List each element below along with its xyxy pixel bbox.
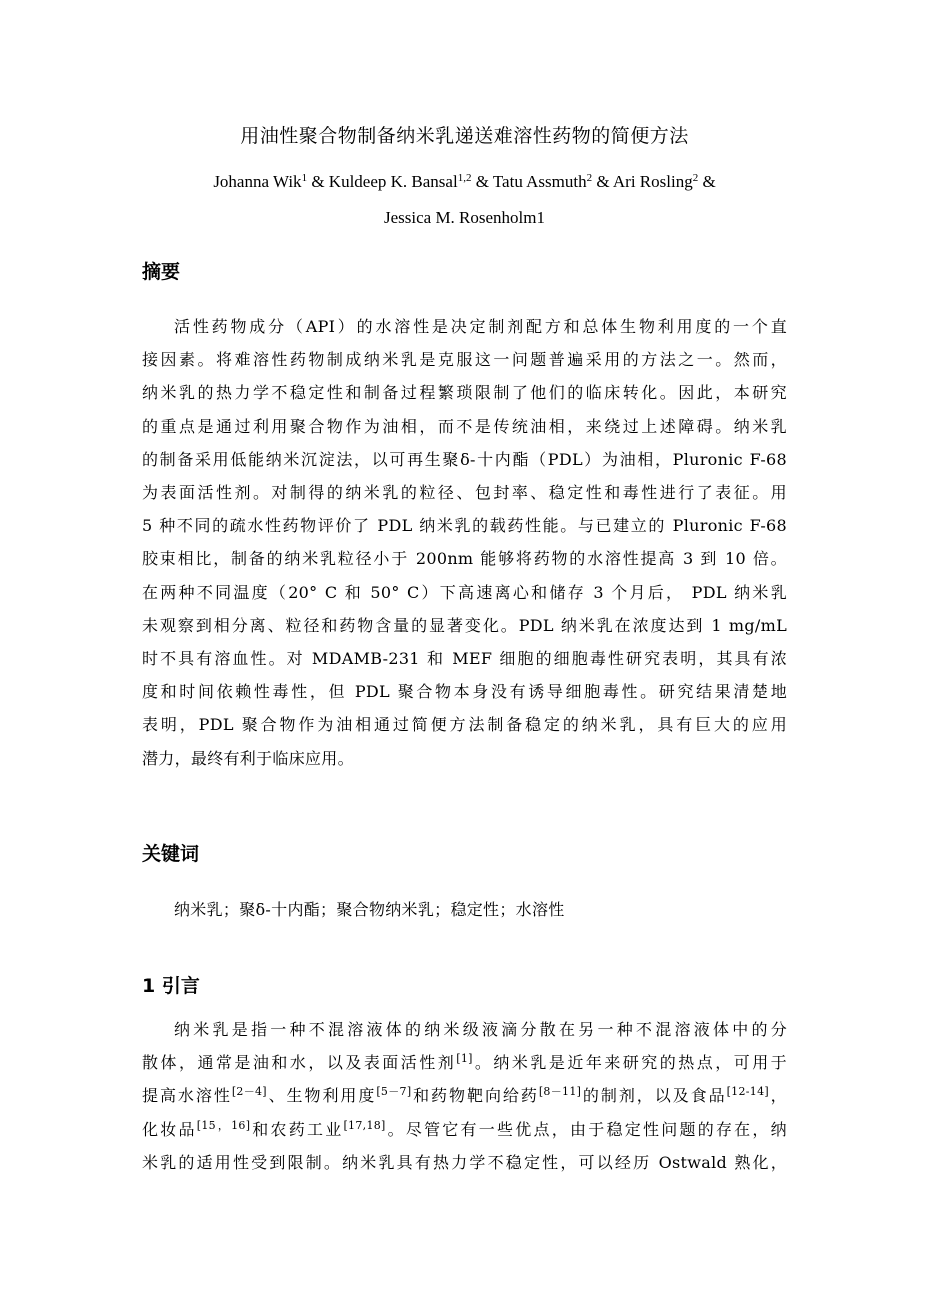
author-name: Kuldeep K. Bansal: [329, 172, 458, 191]
text-segment: 和药物靶向给药: [411, 1086, 538, 1105]
citation[interactable]: [5－7]: [376, 1085, 411, 1098]
intro-line: 提高水溶性[2－4]、生物利用度[5－7]和药物靶向给药[8－11]的制剂，以及…: [142, 1079, 787, 1112]
author-name: Ari Rosling: [613, 172, 693, 191]
text-segment: 、生物利用度: [267, 1086, 376, 1105]
text-segment: 纳米乳是指一种不混溶液体的纳米级液滴分散在另一种不混溶液体中的分: [174, 1020, 787, 1039]
author-list-continued: Jessica M. Rosenholm1: [142, 204, 787, 232]
text-segment: ，: [769, 1086, 787, 1105]
citation[interactable]: [1]: [456, 1052, 472, 1065]
citation[interactable]: [12-14]: [727, 1085, 769, 1098]
intro-line: 化妆品[15，16]和农药工业[17,18]。尽管它有一些优点，由于稳定性问题的…: [142, 1113, 787, 1146]
text-segment: 。纳米乳是近年来研究的热点，可用于: [473, 1053, 787, 1072]
abstract-line: 时不具有溶血性。对 MDAMB-231 和 MEF 细胞的细胞毒性研究表明，其具…: [142, 642, 787, 675]
text-segment: 提高水溶性: [142, 1086, 232, 1105]
abstract-body: 活性药物成分（API）的水溶性是决定制剂配方和总体生物利用度的一个直 接因素。将…: [142, 310, 787, 775]
abstract-line: 的重点是通过利用聚合物作为油相，而不是传统油相，来绕过上述障碍。纳米乳: [142, 410, 787, 443]
abstract-line: 在两种不同温度（20° C 和 50° C）下高速离心和储存 3 个月后， PD…: [142, 576, 787, 609]
text-segment: 。尽管它有一些优点，由于稳定性问题的存在，纳: [386, 1120, 787, 1139]
author-separator: &: [307, 172, 329, 191]
citation[interactable]: [8－11]: [539, 1085, 581, 1098]
citation[interactable]: [17,18]: [343, 1119, 385, 1132]
intro-line: 米乳的适用性受到限制。纳米乳具有热力学不稳定性，可以经历 Ostwald 熟化，: [142, 1146, 787, 1179]
citation[interactable]: [2－4]: [232, 1085, 267, 1098]
section-heading-introduction: 1 引言: [142, 972, 200, 1000]
intro-line: 纳米乳是指一种不混溶液体的纳米级液滴分散在另一种不混溶液体中的分: [142, 1013, 787, 1046]
author-list: Johanna Wik1 & Kuldeep K. Bansal1,2 & Ta…: [142, 168, 787, 196]
author-affiliation: 1,2: [458, 172, 472, 184]
abstract-line: 为表面活性剂。对制得的纳米乳的粒径、包封率、稳定性和毒性进行了表征。用: [142, 476, 787, 509]
text-segment: 化妆品: [142, 1120, 197, 1139]
author-separator: &: [471, 172, 492, 191]
abstract-line: 表明，PDL 聚合物作为油相通过简便方法制备稳定的纳米乳，具有巨大的应用: [142, 708, 787, 741]
abstract-line: 度和时间依赖性毒性，但 PDL 聚合物本身没有诱导细胞毒性。研究结果清楚地: [142, 675, 787, 708]
text-segment: 米乳的适用性受到限制。纳米乳具有热力学不稳定性，可以经历 Ostwald 熟化，: [142, 1153, 787, 1172]
abstract-line: 纳米乳的热力学不稳定性和制备过程繁琐限制了他们的临床转化。因此，本研究: [142, 376, 787, 409]
abstract-line: 未观察到相分离、粒径和药物含量的显著变化。PDL 纳米乳在浓度达到 1 mg/m…: [142, 609, 787, 642]
citation[interactable]: [15，16]: [197, 1119, 251, 1132]
author-separator: &: [592, 172, 613, 191]
text-segment: 的制剂，以及食品: [581, 1086, 726, 1105]
author-separator: &: [698, 172, 715, 191]
introduction-body: 纳米乳是指一种不混溶液体的纳米级液滴分散在另一种不混溶液体中的分 散体，通常是油…: [142, 1013, 787, 1179]
author-name: Johanna Wik: [213, 172, 301, 191]
abstract-line: 的制备采用低能纳米沉淀法，以可再生聚δ-十内酯（PDL）为油相，Pluronic…: [142, 443, 787, 476]
paper-title: 用油性聚合物制备纳米乳递送难溶性药物的简便方法: [142, 122, 787, 150]
author-name: Jessica M. Rosenholm1: [384, 208, 545, 227]
abstract-line: 活性药物成分（API）的水溶性是决定制剂配方和总体生物利用度的一个直: [142, 310, 787, 343]
intro-line: 散体，通常是油和水，以及表面活性剂[1]。纳米乳是近年来研究的热点，可用于: [142, 1046, 787, 1079]
abstract-line: 潜力，最终有利于临床应用。: [142, 742, 787, 775]
abstract-line: 胶束相比，制备的纳米乳粒径小于 200nm 能够将药物的水溶性提高 3 到 10…: [142, 542, 787, 575]
abstract-heading: 摘要: [142, 258, 180, 286]
keywords-heading: 关键词: [142, 840, 199, 868]
author-name: Tatu Assmuth: [493, 172, 587, 191]
text-segment: 散体，通常是油和水，以及表面活性剂: [142, 1053, 456, 1072]
keywords-text: 纳米乳；聚δ-十内酯；聚合物纳米乳；稳定性；水溶性: [174, 896, 565, 924]
abstract-line: 接因素。将难溶性药物制成纳米乳是克服这一问题普遍采用的方法之一。然而，: [142, 343, 787, 376]
text-segment: 和农药工业: [250, 1120, 343, 1139]
abstract-line: 5 种不同的疏水性药物评价了 PDL 纳米乳的载药性能。与已建立的 Pluron…: [142, 509, 787, 542]
